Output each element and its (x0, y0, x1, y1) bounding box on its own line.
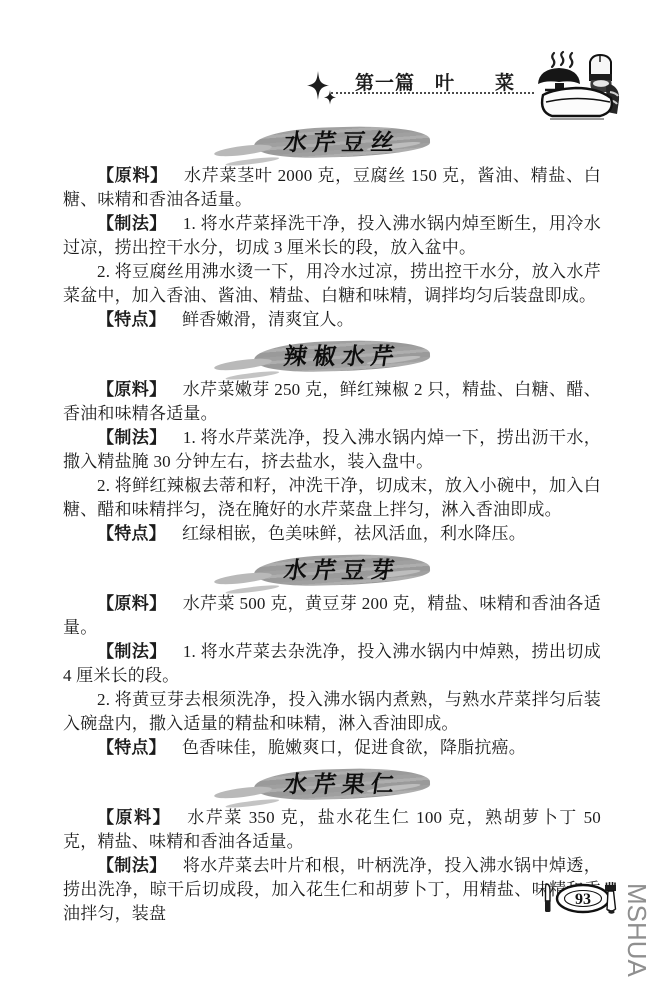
recipe-title-banner: 水芹豆芽 (260, 556, 424, 586)
book-page: 第一篇 叶 菜 (0, 0, 664, 1001)
features-text: 鲜香嫩滑，清爽宜人。 (182, 310, 354, 329)
method-label: 【制法】 (97, 642, 167, 661)
ingredients-label: 【原料】 (97, 380, 167, 399)
recipe-title: 辣椒水芹 (282, 342, 402, 372)
features-label: 【特点】 (97, 524, 166, 543)
recipe-title-banner: 辣椒水芹 (260, 342, 424, 372)
ingredients-paragraph: 【原料】水芹菜 500 克，黄豆芽 200 克，精盐、味精和香油各适量。 (63, 592, 601, 640)
ingredients-label: 【原料】 (97, 808, 171, 827)
method-step-paragraph: 【制法】1. 将水芹菜择洗干净，投入沸水锅内焯至断生，用冷水过凉，捞出控干水分，… (63, 212, 601, 260)
ingredients-label: 【原料】 (97, 166, 168, 185)
method-label: 【制法】 (97, 214, 167, 233)
method-step-paragraph: 2. 将豆腐丝用沸水烫一下，用冷水过凉，捞出控干水分，放入水芹菜盆中，加入香油、… (63, 260, 601, 308)
recipe-section: 辣椒水芹 【原料】水芹菜嫩芽 250 克，鲜红辣椒 2 只，精盐、白糖、醋、香油… (63, 342, 601, 546)
ingredients-paragraph: 【原料】水芹菜嫩芽 250 克，鲜红辣椒 2 只，精盐、白糖、醋、香油和味精各适… (63, 378, 601, 426)
features-label: 【特点】 (97, 310, 166, 329)
recipe-section: 水芹豆芽 【原料】水芹菜 500 克，黄豆芽 200 克，精盐、味精和香油各适量… (63, 556, 601, 760)
page-header: 第一篇 叶 菜 (0, 50, 664, 120)
ingredients-paragraph: 【原料】水芹菜 350 克，盐水花生仁 100 克，熟胡萝卜丁 50 克，精盐、… (63, 806, 601, 854)
method-step-paragraph: 2. 将鲜红辣椒去蒂和籽，冲洗干净，切成末，放入小碗中，加入白糖、醋和味精拌匀，… (63, 474, 601, 522)
method-label: 【制法】 (97, 428, 167, 447)
features-paragraph: 【特点】鲜香嫩滑，清爽宜人。 (63, 308, 601, 332)
features-paragraph: 【特点】红绿相嵌，色美味鲜，祛风活血，利水降压。 (63, 522, 601, 546)
recipe-title: 水芹果仁 (282, 770, 402, 800)
chapter-title: 第一篇 叶 菜 (350, 68, 520, 95)
ingredients-paragraph: 【原料】水芹菜茎叶 2000 克，豆腐丝 150 克，酱油、精盐、白糖、味精和香… (63, 164, 601, 212)
page-number: 93 (575, 891, 591, 908)
method-step-paragraph: 2. 将黄豆芽去根须洗净，投入沸水锅内煮熟，与熟水芹菜拌匀后装入碗盘内，撒入适量… (63, 688, 601, 736)
page-number-badge: 93 (539, 881, 623, 917)
recipes-column: 水芹豆丝 【原料】水芹菜茎叶 2000 克，豆腐丝 150 克，酱油、精盐、白糖… (63, 118, 601, 926)
method-text: 2. 将鲜红辣椒去蒂和籽，冲洗干净，切成末，放入小碗中，加入白糖、醋和味精拌匀，… (63, 476, 601, 519)
recipe-title: 水芹豆丝 (282, 128, 402, 158)
recipe-title-banner: 水芹果仁 (260, 770, 424, 800)
recipe-section: 水芹豆丝 【原料】水芹菜茎叶 2000 克，豆腐丝 150 克，酱油、精盐、白糖… (63, 128, 601, 332)
features-text: 红绿相嵌，色美味鲜，祛风活血，利水降压。 (182, 524, 526, 543)
method-label: 【制法】 (97, 856, 167, 875)
method-step-paragraph: 【制法】1. 将水芹菜洗净，投入沸水锅内焯一下，捞出沥干水，撒入精盐腌 30 分… (63, 426, 601, 474)
features-paragraph: 【特点】色香味佳，脆嫩爽口，促进食欲，降脂抗癌。 (63, 736, 601, 760)
method-text: 2. 将豆腐丝用沸水烫一下，用冷水过凉，捞出控干水分，放入水芹菜盆中，加入香油、… (63, 262, 601, 305)
features-text: 色香味佳，脆嫩爽口，促进食欲，降脂抗癌。 (182, 738, 526, 757)
knife-icon (545, 884, 551, 912)
recipe-title-banner: 水芹豆丝 (260, 128, 424, 158)
scan-watermark: MSHUA (621, 883, 652, 993)
ingredients-label: 【原料】 (97, 594, 167, 613)
method-text: 2. 将黄豆芽去根须洗净，投入沸水锅内煮熟，与熟水芹菜拌匀后装入碗盘内，撒入适量… (63, 690, 601, 733)
features-label: 【特点】 (97, 738, 166, 757)
method-step-paragraph: 【制法】1. 将水芹菜去杂洗净，投入沸水锅内中焯熟，捞出切成 4 厘米长的段。 (63, 640, 601, 688)
recipe-section: 水芹果仁 【原料】水芹菜 350 克，盐水花生仁 100 克，熟胡萝卜丁 50 … (63, 770, 601, 926)
method-step-paragraph: 【制法】将水芹菜去叶片和根，叶柄洗净，投入沸水锅中焯透，捞出洗净，晾干后切成段，… (63, 854, 601, 926)
recipe-title: 水芹豆芽 (282, 556, 402, 586)
chef-dish-icon (530, 50, 630, 122)
sparkle-icon (303, 70, 343, 110)
